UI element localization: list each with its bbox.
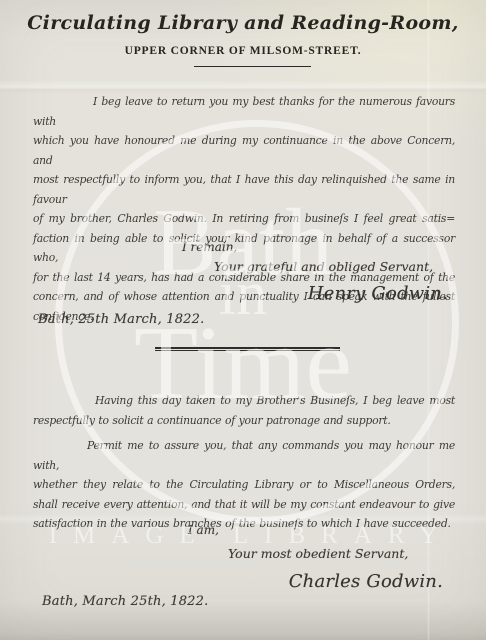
- letter-line: respectfully to solicit a continuance of…: [33, 411, 455, 431]
- letter-line: most respectfully to inform you, that I …: [33, 170, 455, 209]
- letter-subtitle: UPPER CORNER OF MILSOM-STREET.: [0, 45, 486, 57]
- first-letter-dateline: Bath, 25th March, 1822.: [38, 312, 204, 327]
- first-letter-closing: I remain,: [182, 240, 237, 254]
- first-letter-closing: Your grateful and obliged Servant,: [214, 259, 433, 274]
- letter-line: of my brother, Charles Godwin. In retiri…: [33, 209, 455, 229]
- letter-title: Circulating Library and Reading-Room,: [0, 12, 486, 34]
- second-letter-closing: I am,: [188, 523, 219, 537]
- letter-line: satisfaction in the various branches of …: [33, 514, 455, 534]
- letter-document: Circulating Library and Reading-Room, UP…: [0, 0, 486, 640]
- header-rule: [194, 66, 311, 67]
- letter-line: Having this day taken to my Brother's Bu…: [33, 391, 455, 411]
- second-letter-para1: Having this day taken to my Brother's Bu…: [33, 391, 455, 430]
- letter-line: shall receive every attention, and that …: [33, 495, 455, 515]
- second-letter-closing: Your most obedient Servant,: [228, 546, 408, 561]
- letter-line: I beg leave to return you my best thanks…: [33, 92, 455, 131]
- charles-godwin-signature: Charles Godwin.: [289, 571, 443, 592]
- henry-godwin-signature: Henry Godwin.: [308, 283, 448, 304]
- second-letter-dateline: Bath, March 25th, 1822.: [42, 594, 208, 609]
- letter-line: which you have honoured me during my con…: [33, 131, 455, 170]
- letter-line: whether they relate to the Circulating L…: [33, 475, 455, 495]
- section-divider: [155, 347, 340, 351]
- letter-line: Permit me to assure you, that any comman…: [33, 436, 455, 475]
- second-letter-para2: Permit me to assure you, that any comman…: [33, 436, 455, 534]
